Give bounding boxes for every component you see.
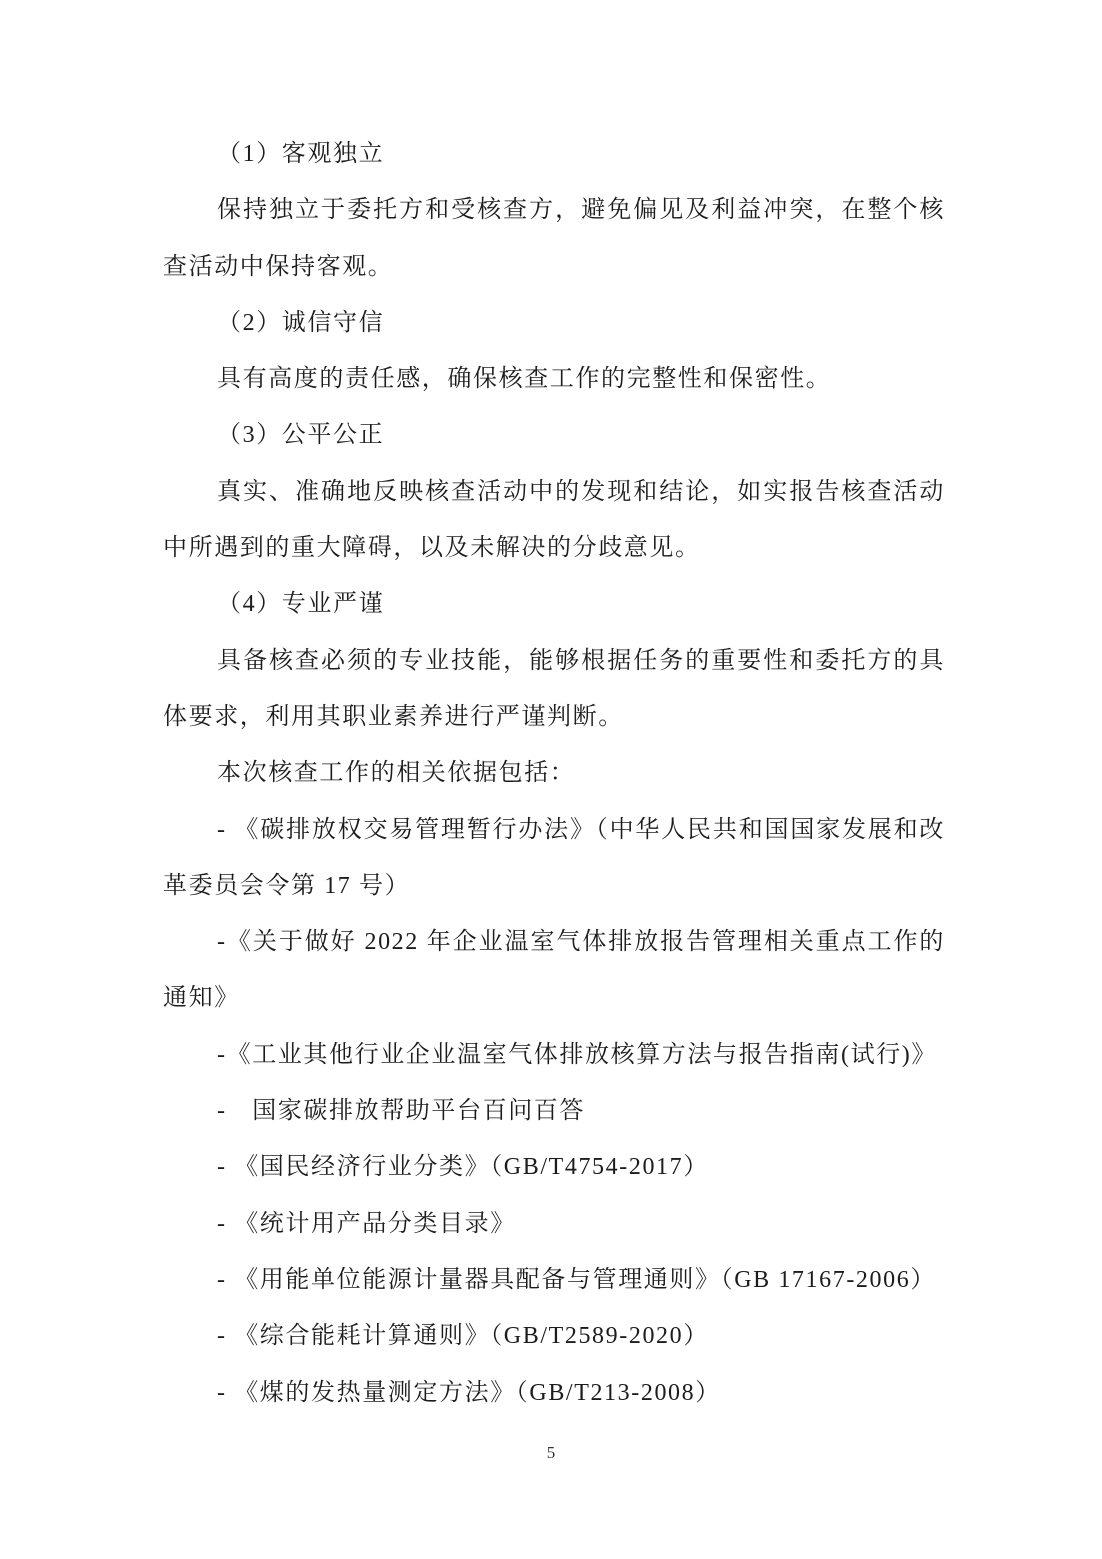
- reference-item: -《工业其他行业企业温室气体排放核算方法与报告指南(试行)》: [163, 1027, 945, 1083]
- reference-item: - 《国民经济行业分类》（GB/T4754-2017）: [163, 1139, 945, 1195]
- principle-4-body: 具备核查必须的专业技能，能够根据任务的重要性和委托方的具体要求，利用其职业素养进…: [163, 633, 945, 746]
- principle-2-heading: （2）诚信守信: [163, 295, 945, 351]
- reference-item: - 《统计用产品分类目录》: [163, 1196, 945, 1252]
- page-content: （1）客观独立 保持独立于委托方和受核查方，避免偏见及利益冲突，在整个核查活动中…: [163, 126, 945, 1421]
- page-number: 5: [0, 1442, 1102, 1464]
- reference-item: - 《煤的发热量测定方法》（GB/T213-2008）: [163, 1365, 945, 1421]
- principle-1-body: 保持独立于委托方和受核查方，避免偏见及利益冲突，在整个核查活动中保持客观。: [163, 182, 945, 295]
- principle-3-body: 真实、准确地反映核查活动中的发现和结论，如实报告核查活动中所遇到的重大障碍，以及…: [163, 464, 945, 577]
- principle-4-heading: （4）专业严谨: [163, 576, 945, 632]
- reference-item: - 《用能单位能源计量器具配备与管理通则》（GB 17167-2006）: [163, 1252, 945, 1308]
- principle-2-body: 具有高度的责任感，确保核查工作的完整性和保密性。: [163, 351, 945, 407]
- references-intro: 本次核查工作的相关依据包括：: [163, 745, 945, 801]
- reference-item: - 《碳排放权交易管理暂行办法》（中华人民共和国国家发展和改革委员会令第 17 …: [163, 802, 945, 915]
- principle-3-heading: （3）公平公正: [163, 407, 945, 463]
- reference-item: -《关于做好 2022 年企业温室气体排放报告管理相关重点工作的通知》: [163, 914, 945, 1027]
- reference-item: - 国家碳排放帮助平台百问百答: [163, 1083, 945, 1139]
- reference-item: - 《综合能耗计算通则》（GB/T2589-2020）: [163, 1308, 945, 1364]
- principle-1-heading: （1）客观独立: [163, 126, 945, 182]
- document-page: （1）客观独立 保持独立于委托方和受核查方，避免偏见及利益冲突，在整个核查活动中…: [0, 0, 1102, 1559]
